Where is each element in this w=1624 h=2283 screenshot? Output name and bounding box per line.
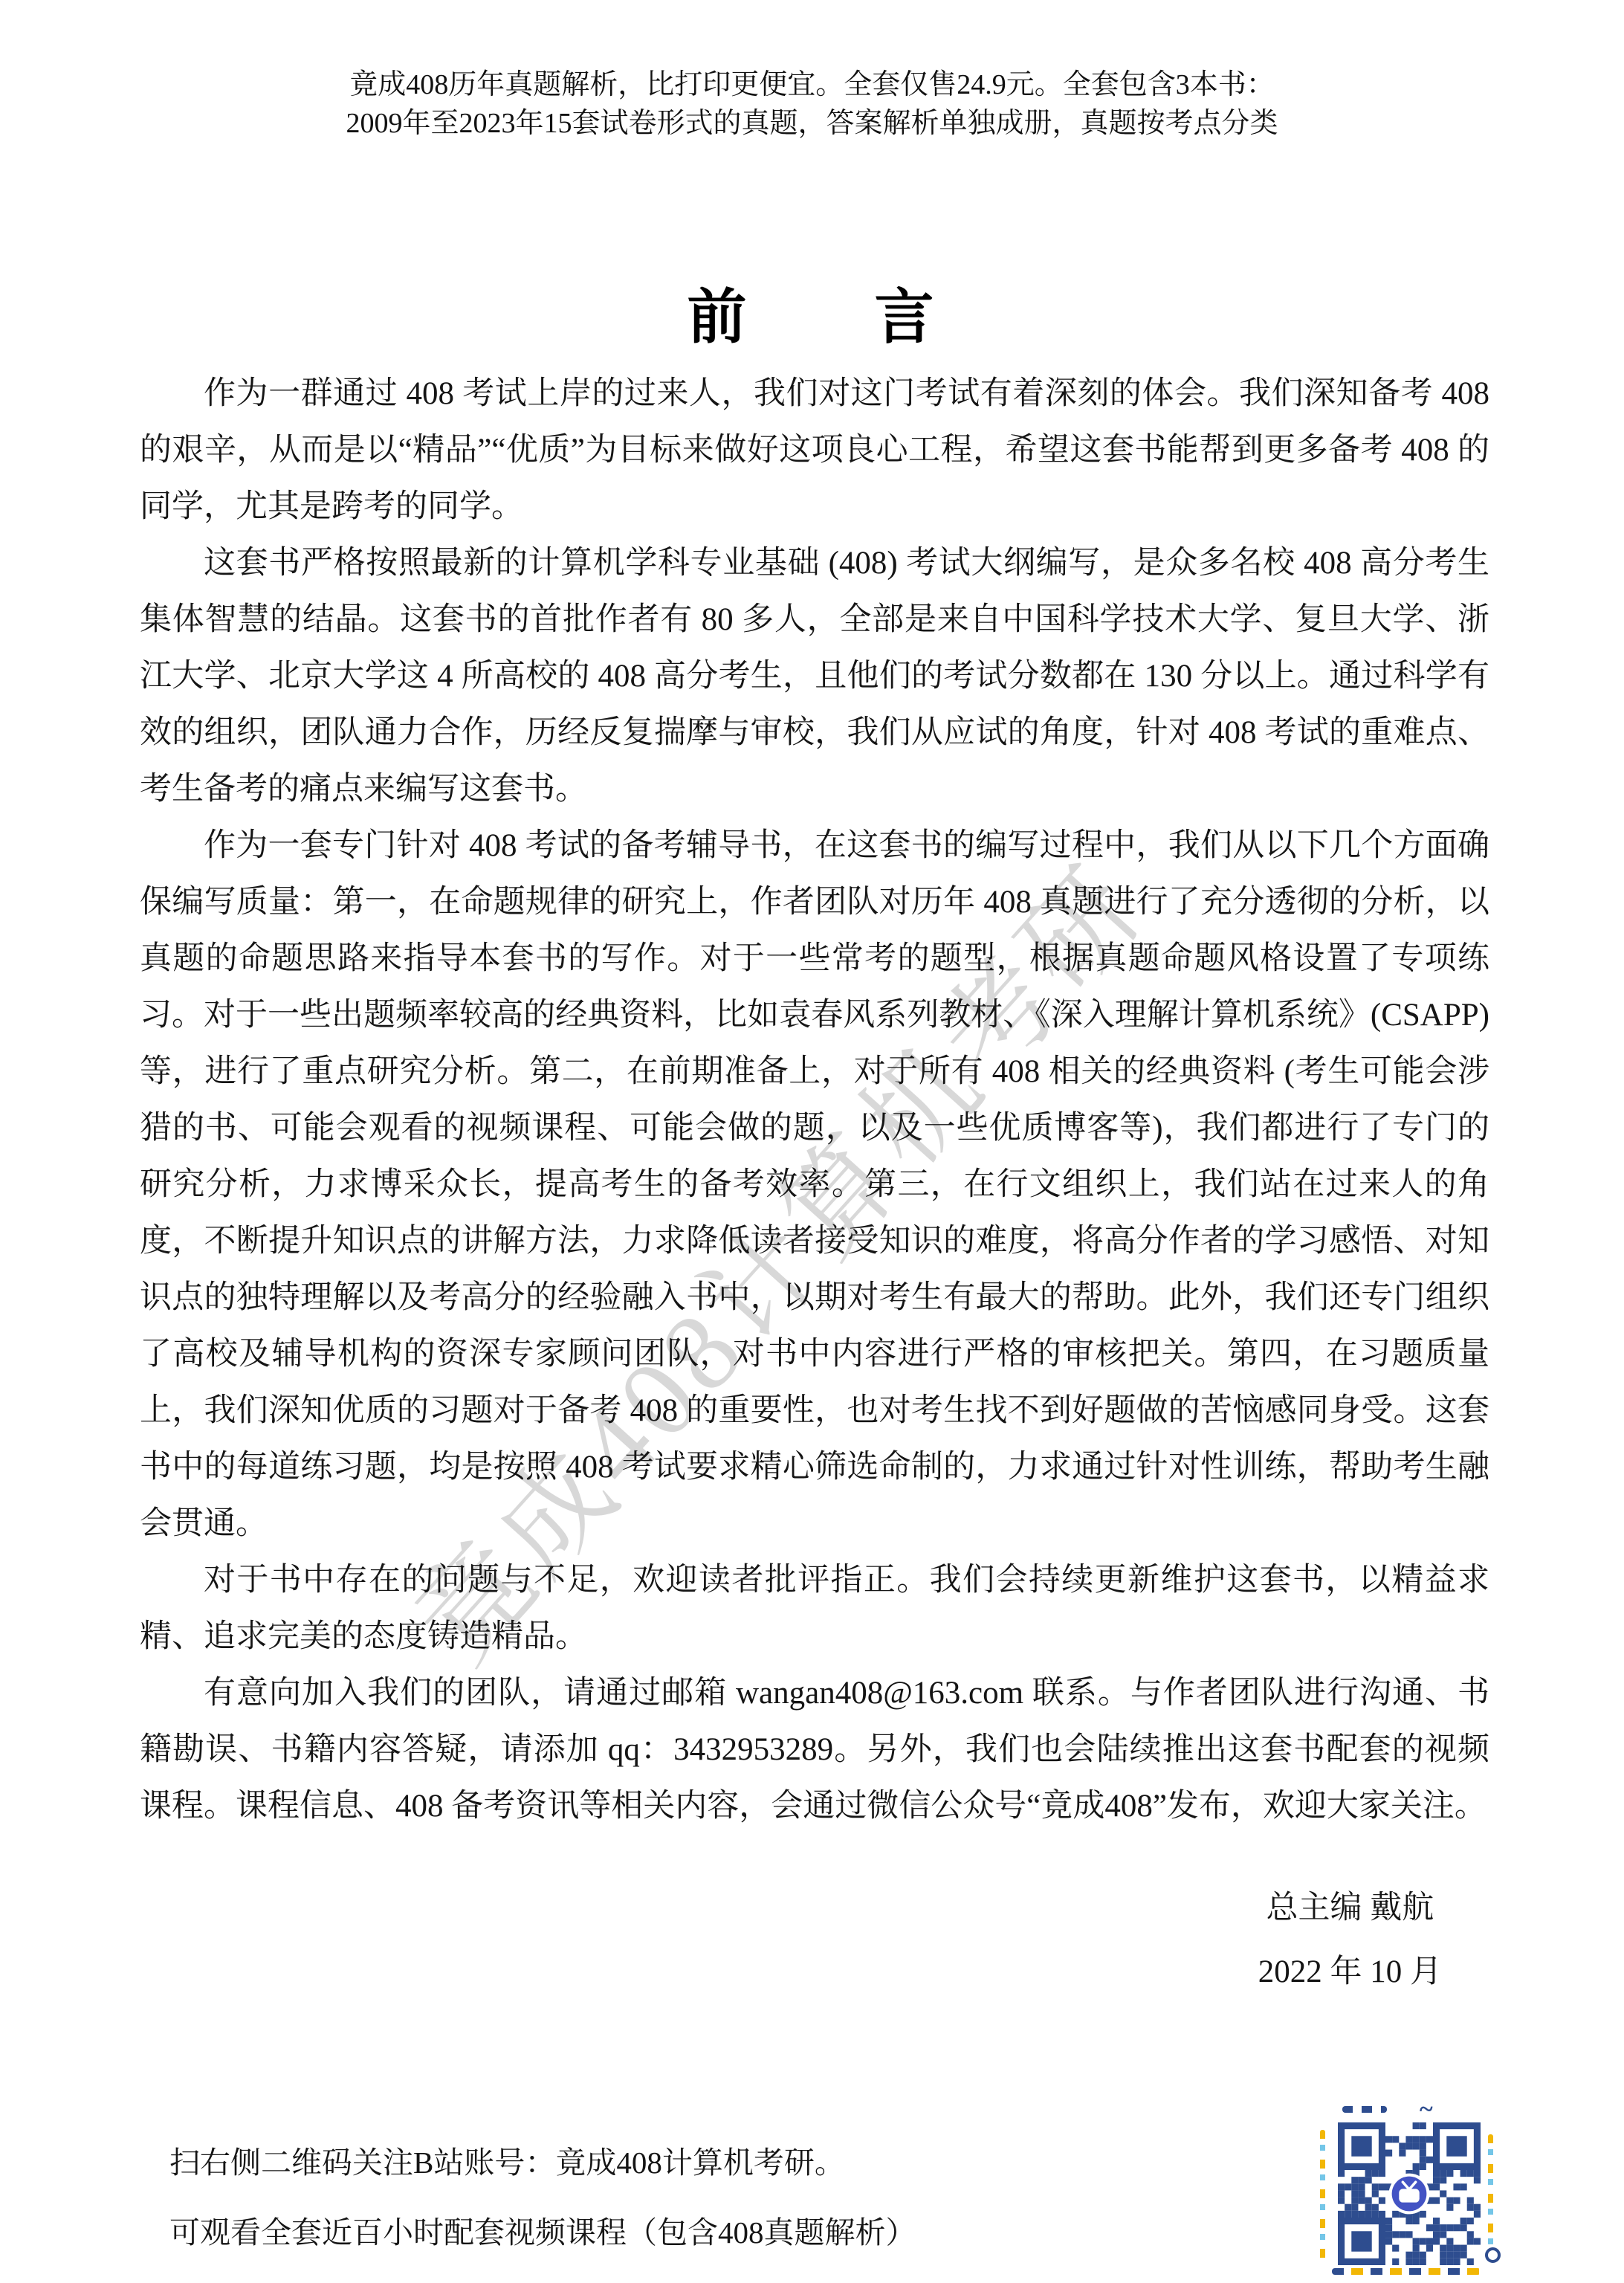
- chief-editor: 总主编 戴航: [1258, 1876, 1442, 1940]
- signature-date: 2022 年 10 月: [1258, 1940, 1442, 2004]
- paragraph-4: 对于书中存在的问题与不足，欢迎读者批评指正。我们会持续更新维护这套书，以精益求精…: [140, 1552, 1489, 1665]
- paragraph-2: 这套书严格按照最新的计算机学科专业基础 (408) 考试大纲编写，是众多名校 4…: [140, 535, 1489, 818]
- promo-line-2: 2009年至2023年15套试卷形式的真题，答案解析单独成册，真题按考点分类: [0, 104, 1624, 143]
- document-page: 竟成408计算机考研 竟成408历年真题解析，比打印更便宜。全套仅售24.9元。…: [0, 0, 1624, 2283]
- qr-decoration-top-dots: [1342, 2106, 1387, 2113]
- qr-decoration-right-dashes: [1488, 2134, 1493, 2246]
- footer-line-1: 扫右侧二维码关注B站账号：竟成408计算机考研。: [169, 2144, 845, 2181]
- preface-body: 作为一群通过 408 考试上岸的过来人，我们对这门考试有着深刻的体会。我们深知备…: [140, 366, 1489, 1835]
- signature-block: 总主编 戴航 2022 年 10 月: [1258, 1876, 1442, 2004]
- paragraph-1: 作为一群通过 408 考试上岸的过来人，我们对这门考试有着深刻的体会。我们深知备…: [140, 366, 1489, 535]
- qr-decoration-bottom-dots: [1332, 2268, 1481, 2275]
- bilibili-qr-code: ~: [1295, 2106, 1525, 2283]
- qr-matrix: [1338, 2122, 1481, 2265]
- promo-line-1: 竟成408历年真题解析，比打印更便宜。全套仅售24.9元。全套包含3本书：: [0, 65, 1624, 104]
- qr-decoration-ring: [1485, 2247, 1501, 2263]
- paragraph-5: 有意向加入我们的团队，请通过邮箱 wangan408@163.com 联系。与作…: [140, 1665, 1489, 1835]
- qr-decoration-left-dashes: [1320, 2130, 1325, 2262]
- paragraph-3: 作为一套专门针对 408 考试的备考辅导书，在这套书的编写过程中，我们从以下几个…: [140, 818, 1489, 1552]
- qr-decoration-top-wave: ~: [1420, 2096, 1430, 2124]
- page-title: 前 言: [0, 269, 1624, 355]
- footer-line-2: 可观看全套近百小时配套视频课程（包含408真题解析）: [169, 2214, 916, 2251]
